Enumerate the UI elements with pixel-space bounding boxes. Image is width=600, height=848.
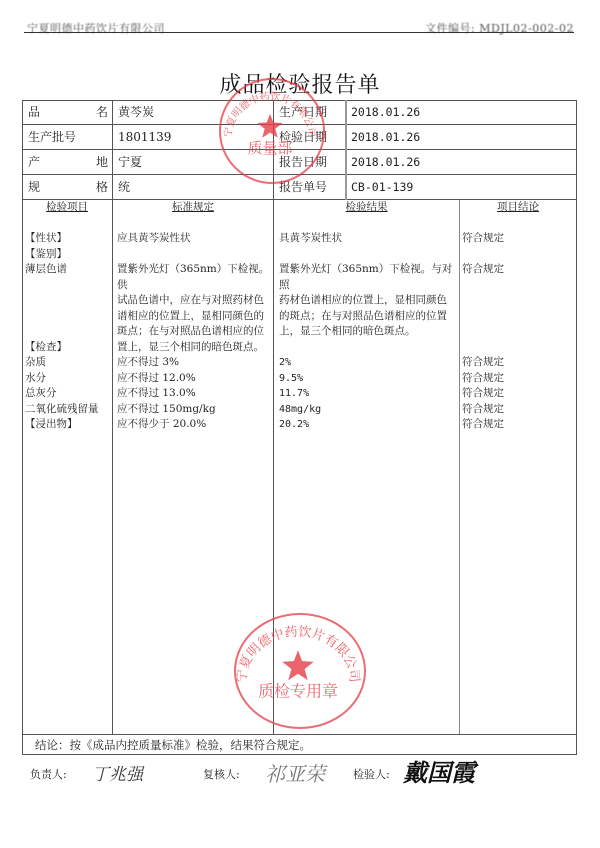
conclusion-rule (22, 734, 577, 735)
reviewer-label: 复核人: (203, 766, 240, 782)
info-value: 黄芩炭 (118, 100, 154, 124)
tlc-standard-line: 谱相应的位置上，显相同颜色的 (117, 309, 272, 325)
stamp-graphic: 宁夏明德中药饮片有限公司质检专用章 (236, 615, 364, 727)
conclusion-text: 结论：按《成品内控质量标准》检验，结果符合规定。 (35, 737, 311, 753)
quality-dept-stamp: 宁夏明德中药饮片有限公司质量部 (219, 78, 325, 184)
svg-text:质检专用章: 质检专用章 (258, 681, 338, 700)
character-standard: 应具黄芩炭性状 (117, 231, 191, 247)
inspector-signature: 戴国霞 (403, 753, 475, 788)
test-conclusion: 符合规定 (462, 371, 504, 387)
test-standard: 应不得过 12.0% (117, 371, 196, 387)
info-label: 产地 (28, 150, 108, 174)
col-header-result: 检验结果 (275, 200, 458, 216)
test-standard: 应不得过 150mg/kg (117, 402, 216, 418)
section-inspection: 【检查】 (25, 340, 67, 356)
tlc-result-line: 置紫外光灯（365nm）下检视。与对照 (279, 262, 459, 293)
tlc-result-line: 上，显三个相同的暗色斑点。 (279, 324, 459, 340)
info-label: 生产批号 (28, 125, 108, 149)
header-doc-number: 文件编号: MDJL02-002-02 (425, 20, 574, 36)
test-item: 【浸出物】 (25, 417, 78, 433)
info-value-2: 2018.01.26 (351, 150, 420, 174)
info-value: 统 (118, 175, 130, 199)
info-label-part: 生产批号 (28, 125, 76, 149)
star-icon (257, 114, 282, 138)
character-result: 具黄芩炭性状 (279, 231, 342, 247)
test-standard: 应不得过 3% (117, 355, 179, 371)
info-value: 宁夏 (118, 150, 142, 174)
col-header-conclusion: 项目结论 (461, 200, 575, 216)
info-value-2: 2018.01.26 (351, 125, 420, 149)
qc-stamp: 宁夏明德中药饮片有限公司质检专用章 (234, 613, 366, 729)
character-conclusion: 符合规定 (462, 231, 504, 247)
section-character: 【性状】 (25, 231, 67, 247)
header-company: 宁夏明德中药饮片有限公司 (27, 20, 165, 36)
divider (112, 100, 113, 200)
tlc-conclusion: 符合规定 (462, 262, 504, 278)
info-label: 规格 (28, 175, 108, 199)
star-icon (282, 650, 314, 680)
tlc-result: 置紫外光灯（365nm）下检视。与对照药材色谱相应的位置上，显相同颜色的斑点；在… (279, 262, 459, 340)
responsible-label: 负责人: (30, 766, 67, 782)
divider (345, 100, 347, 200)
info-label-part: 地 (96, 150, 108, 174)
svg-text:质量部: 质量部 (247, 139, 292, 157)
header-rule (24, 32, 574, 33)
responsible-signature: 丁兆强 (92, 760, 143, 785)
inspector-label: 检验人: (353, 766, 390, 782)
test-standard: 应不得少于 20.0% (117, 417, 206, 433)
info-label-part: 规 (28, 175, 40, 199)
test-conclusion: 符合规定 (462, 386, 504, 402)
divider (459, 200, 460, 734)
tlc-item: 薄层色谱 (25, 262, 67, 278)
test-item: 水分 (25, 371, 46, 387)
info-value-2: 2018.01.26 (351, 100, 420, 124)
test-conclusion: 符合规定 (462, 402, 504, 418)
reviewer-signature: 祁亚荣 (265, 758, 325, 787)
info-label-part: 名 (96, 100, 108, 124)
info-label: 品名 (28, 100, 108, 124)
info-label-part: 产 (28, 150, 40, 174)
test-item: 二氧化硫残留量 (25, 402, 99, 418)
test-item: 杂质 (25, 355, 46, 371)
test-item: 总灰分 (25, 386, 57, 402)
test-conclusion: 符合规定 (462, 355, 504, 371)
tlc-result-line: 的斑点；在与对照品色谱相应的位置 (279, 309, 459, 325)
tlc-standard-line: 置紫外光灯（365nm）下检视。供 (117, 262, 272, 293)
section-identification: 【鉴别】 (25, 247, 67, 263)
tlc-standard-line: 试品色谱中，应在与对照药材色 (117, 293, 272, 309)
stamp-graphic: 宁夏明德中药饮片有限公司质量部 (221, 80, 323, 182)
test-result: 48mg/kg (279, 402, 321, 418)
test-result: 20.2% (279, 417, 309, 433)
test-result: 2% (279, 355, 291, 371)
info-value: 1801139 (118, 125, 171, 149)
tlc-standard-line: 置上，显三个相同的暗色斑点。 (117, 340, 272, 356)
col-header-standard: 标准规定 (114, 200, 272, 216)
tlc-standard-line: 斑点；在与对照品色谱相应的位 (117, 324, 272, 340)
info-label-part: 格 (96, 175, 108, 199)
col-header-item: 检验项目 (24, 200, 110, 216)
test-standard: 应不得过 13.0% (117, 386, 196, 402)
divider (112, 200, 113, 734)
tlc-result-line: 药材色谱相应的位置上，显相同颜色 (279, 293, 459, 309)
test-result: 11.7% (279, 386, 309, 402)
info-value-2: CB-01-139 (351, 175, 413, 199)
test-conclusion: 符合规定 (462, 417, 504, 433)
info-label-part: 品 (28, 100, 40, 124)
test-result: 9.5% (279, 371, 303, 387)
tlc-standard: 置紫外光灯（365nm）下检视。供试品色谱中，应在与对照药材色谱相应的位置上，显… (117, 262, 272, 355)
